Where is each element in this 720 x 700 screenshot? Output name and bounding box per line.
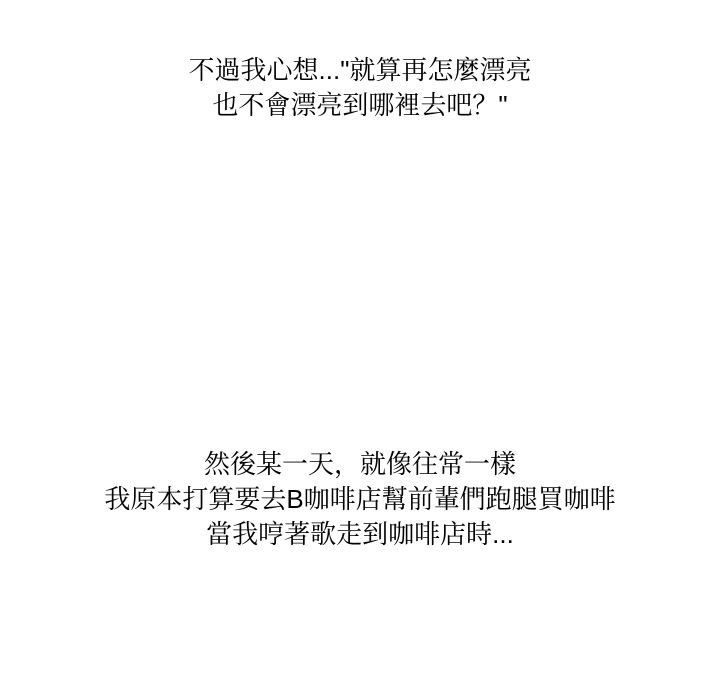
- comic-page: 不過我心想..."就算再怎麼漂亮 也不會漂亮到哪裡去吧？" 然後某一天，就像往常…: [0, 0, 720, 700]
- narration-line: 我原本打算要去B咖啡店幫前輩們跑腿買咖啡: [0, 482, 720, 517]
- narration-line: 當我哼著歌走到咖啡店時...: [0, 517, 720, 552]
- narration-line: 然後某一天，就像往常一樣: [0, 447, 720, 482]
- narration-block-bottom: 然後某一天，就像往常一樣 我原本打算要去B咖啡店幫前輩們跑腿買咖啡 當我哼著歌走…: [0, 447, 720, 552]
- narration-block-top: 不過我心想..."就算再怎麼漂亮 也不會漂亮到哪裡去吧？": [0, 53, 720, 123]
- narration-line: 也不會漂亮到哪裡去吧？": [0, 88, 720, 123]
- narration-line: 不過我心想..."就算再怎麼漂亮: [0, 53, 720, 88]
